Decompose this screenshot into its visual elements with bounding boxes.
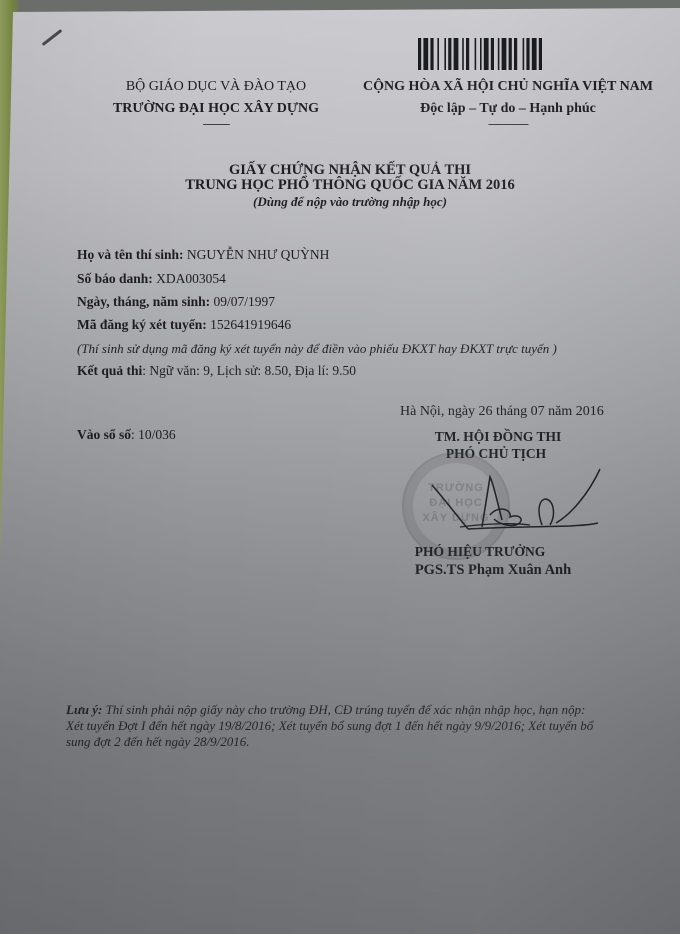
signer-name: PGS.TS Phạm Xuân Anh [373, 562, 613, 579]
stamp-text-line1: TRƯỜNG [404, 482, 508, 494]
national-motto: Độc lập – Tự do – Hạnh phúc [358, 101, 658, 117]
ministry-name: BỘ GIÁO DỤC VÀ ĐÀO TẠO [96, 79, 336, 95]
barcode-icon [418, 38, 596, 70]
exam-result-row: Kết quả thi: Ngữ văn: 9, Lịch sử: 8.50, … [77, 363, 356, 379]
admission-code-row: Mã đăng ký xét tuyển: 152641919646 [77, 317, 291, 333]
admission-code-note: (Thí sinh sử dụng mã đăng ký xét tuyển n… [77, 341, 557, 357]
note-label: Lưu ý: [66, 702, 102, 717]
document-title: GIẤY CHỨNG NHẬN KẾT QUẢ THI [140, 162, 560, 179]
certificate-paper: BỘ GIÁO DỤC VÀ ĐÀO TẠO TRƯỜNG ĐẠI HỌC XÂ… [0, 0, 680, 934]
country-name: CỘNG HÒA XÃ HỘI CHỦ NGHĨA VIỆT NAM [358, 79, 658, 95]
exam-result-label: Kết quả thi [77, 363, 142, 378]
registration-number-row: Số báo danh: XDA003054 [77, 271, 226, 287]
exam-result-value: : Ngữ văn: 9, Lịch sử: 8.50, Địa lí: 9.5… [142, 363, 356, 378]
candidate-name-row: Họ và tên thí sinh: NGUYỄN NHƯ QUỲNH [77, 247, 329, 263]
candidate-name-value: NGUYỄN NHƯ QUỲNH [187, 247, 329, 262]
record-book-label: Vào sổ số [77, 427, 131, 442]
date-of-birth-label: Ngày, tháng, năm sinh: [77, 294, 210, 309]
council-title: TM. HỘI ĐỒNG THI [378, 429, 618, 445]
signer-position: PHÓ HIỆU TRƯỞNG [360, 544, 600, 560]
document-subtitle: (Dùng để nộp vào trường nhập học) [140, 194, 560, 210]
registration-number-label: Số báo danh: [77, 271, 153, 286]
stamp-text-line3: XÂY DỰNG [404, 512, 508, 524]
signature-icon [420, 465, 620, 545]
admission-code-value: 152641919646 [210, 317, 291, 332]
place-and-date: Hà Nội, ngày 26 tháng 07 năm 2016 [400, 404, 604, 420]
record-book-value: : 10/036 [131, 427, 176, 442]
note-text-line3: sung đợt 2 đến hết ngày 28/9/2016. [66, 734, 250, 750]
date-of-birth-value: 09/07/1997 [214, 294, 276, 309]
official-stamp: TRƯỜNG ĐẠI HỌC XÂY DỰNG [402, 452, 510, 560]
note-text-line1: Thí sinh phải nộp giấy này cho trường ĐH… [102, 702, 585, 717]
pen-mark [42, 29, 63, 46]
admission-code-label: Mã đăng ký xét tuyển: [77, 317, 207, 332]
header-right-divider: --------------- [358, 118, 658, 130]
note-text-line2: Xét tuyển Đợt I đến hết ngày 19/8/2016; … [66, 718, 593, 734]
registration-number-value: XDA003054 [156, 271, 226, 286]
header-left-divider: ---------- [96, 118, 336, 130]
note-line1: Lưu ý: Thí sinh phải nộp giấy này cho tr… [66, 702, 585, 718]
council-role: PHÓ CHỦ TỊCH [376, 446, 616, 462]
document-title-line2: TRUNG HỌC PHỔ THÔNG QUỐC GIA NĂM 2016 [140, 177, 560, 194]
school-name: TRƯỜNG ĐẠI HỌC XÂY DỰNG [96, 101, 336, 117]
stamp-text-line2: ĐẠI HỌC [404, 497, 508, 509]
candidate-name-label: Họ và tên thí sinh: [77, 247, 184, 262]
record-book-row: Vào sổ số: 10/036 [77, 427, 176, 443]
date-of-birth-row: Ngày, tháng, năm sinh: 09/07/1997 [77, 294, 275, 310]
